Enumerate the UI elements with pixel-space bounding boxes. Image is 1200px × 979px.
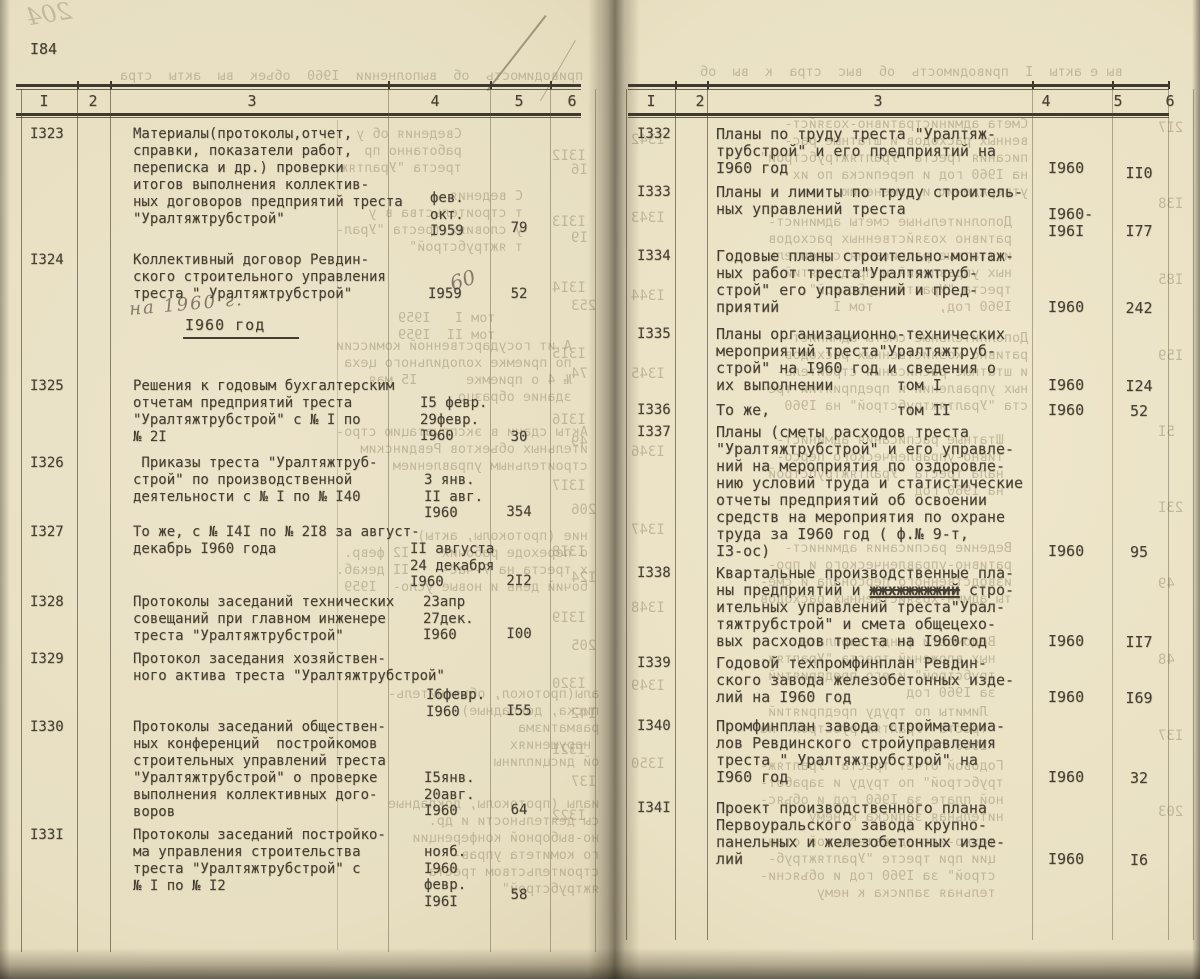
entry-description-line: лов Ревдинского стройуправления — [716, 735, 1005, 752]
entry-description-line: Протоколы заседаний постройко- — [133, 827, 386, 844]
entry-sheet-count: 354 — [490, 504, 548, 520]
entry-description: То же, с № I4I по № 2I8 за август-декабр… — [133, 524, 420, 558]
column-tick — [550, 81, 552, 89]
entry-description-line: ма управления строительства — [133, 844, 386, 861]
entry-id: I332 — [637, 126, 671, 142]
entry-date-line: I960 — [410, 574, 494, 591]
bleedthrough-number: 48 — [1158, 652, 1175, 669]
entry-description: Коллективный договор Ревдин-ского строит… — [133, 252, 386, 303]
entry-description-line: Решения к годовым бухгалтерским — [133, 378, 394, 395]
entry-id: I329 — [30, 651, 64, 667]
bleedthrough-number: 49 — [1158, 576, 1175, 593]
entry-description: То же, том II — [716, 402, 951, 419]
entry-sheet-count: I24 — [1112, 377, 1166, 395]
entry-dates: I5янв.20авг.I960 — [424, 770, 475, 820]
entry-date-line: I960 — [1048, 543, 1084, 560]
table-header-rule — [16, 113, 581, 116]
entry-description: Планы (сметы расходов треста"Уралтяжтруб… — [716, 424, 1023, 560]
entry-dates: I960 — [1048, 689, 1084, 706]
entry-description: Годовые планы строительно-монтаж-ных раб… — [716, 248, 1014, 316]
entry-description: Квартальные производственные пла-ны пред… — [716, 565, 1014, 650]
entry-description-line: справки, показатели работ, — [133, 143, 403, 160]
entry-description-line: трубстрой" и его предприятий на — [716, 143, 996, 160]
bleedthrough-entry-id: I3I7 — [552, 478, 586, 495]
entry-description-line: "Уралтяжтрубстрой" и его управле- — [716, 441, 1023, 458]
entry-date-line: I960 — [420, 428, 487, 445]
entry-id: I333 — [637, 184, 671, 200]
left-bleedthrough-page-number: 204 — [25, 3, 73, 27]
entry-dates: I960 — [1048, 769, 1084, 786]
bleedthrough-number: I37 — [571, 774, 596, 791]
entry-date-line: нояб. — [424, 844, 466, 861]
entry-date-line: I960- — [1048, 206, 1093, 223]
bleedthrough-entry-id: I3I4 — [552, 280, 586, 297]
column-line — [1193, 89, 1194, 940]
entry-sheet-count: 30 — [490, 429, 548, 445]
column-line — [707, 89, 708, 940]
column-line — [1112, 89, 1113, 940]
entry-description: Протоколы заседаний обществен-ных конфер… — [133, 719, 386, 821]
bleedthrough-number: I85 — [1158, 272, 1183, 289]
entry-sheet-count: I55 — [490, 703, 548, 719]
column-tick — [1168, 81, 1170, 89]
entry-date-line: I96I — [1048, 223, 1093, 240]
bleedthrough-number: I6 — [571, 162, 588, 179]
entry-description-line: строй" его управлений и пред- — [716, 282, 1014, 299]
entry-description-line: нию условий труда и статистические — [716, 475, 1023, 492]
entry-description-line: лий на I960 год — [716, 689, 1014, 706]
bleedthrough-entry-id: I3I2 — [552, 148, 586, 165]
entry-description-line: Протокол заседания хозяйствен- — [133, 651, 445, 668]
column-header: 3 — [247, 92, 256, 110]
entry-date-line: I960 — [1048, 402, 1084, 419]
entry-description: Годовой техпромфинплан Ревдин-ского заво… — [716, 655, 1014, 706]
entry-description-line: ных конференций постройкомов — [133, 736, 386, 753]
bleedthrough-number: 49 — [571, 434, 588, 451]
entry-description-line: ного актива треста "Уралтяжтрубстрой" — [133, 668, 445, 685]
entry-description-line: Планы (сметы расходов треста — [716, 424, 1023, 441]
entry-date-line: окт. — [430, 207, 464, 224]
bleedthrough-number: 253 — [571, 298, 596, 315]
bleedthrough-number: I9 — [571, 230, 588, 247]
bleedthrough-number: 23I — [1158, 500, 1183, 517]
entry-description-line: треста "Уралтяжтрубстрой" — [133, 628, 394, 645]
bleedthrough-entry-id: I3I8 — [552, 544, 586, 561]
entry-dates: I960 — [1048, 402, 1084, 419]
entry-description-line: треста " Уралтяжтрубстрой" на — [716, 752, 1005, 769]
entry-description-line: Квартальные производственные пла- — [716, 565, 1014, 582]
entry-date-line: I6февр. — [426, 687, 485, 704]
entry-description-line: Планы по труду треста "Уралтяж- — [716, 126, 996, 143]
entry-description-line: строительных управлений треста — [133, 753, 386, 770]
entry-description-line: Приказы треста "Уралтяжтруб- — [133, 455, 377, 472]
entry-dates: I960 — [1048, 377, 1084, 394]
entry-description: Протоколы заседаний техническихсовещаний… — [133, 594, 394, 645]
column-header: 2 — [695, 92, 704, 110]
bleedthrough-paragraph: вы е акты I приводимость об выс стра к в… — [700, 64, 1123, 81]
entry-description-line: декабрь I960 года — [133, 541, 420, 558]
column-line — [595, 89, 596, 952]
entry-description-line: То же, том II — [716, 402, 951, 419]
entry-description-line: "Уралтяжтрубстрой" — [133, 211, 403, 228]
column-tick — [707, 81, 709, 89]
column-header: 3 — [873, 92, 882, 110]
entry-description-line: "Уралтяжтрубстрой" о проверке — [133, 770, 386, 787]
bleedthrough-number: I37 — [1158, 728, 1183, 745]
entry-description-line: совещаний при главном инженере — [133, 611, 394, 628]
entry-description-line: Протоколы заседаний обществен- — [133, 719, 386, 736]
entry-description-line: итогов выполнения коллектив- — [133, 177, 403, 194]
entry-description-line: переписка и др.) проверки — [133, 160, 403, 177]
entry-description-line: треста " Уралтяжтрубстрой" — [133, 286, 386, 303]
column-header: 5 — [1113, 92, 1122, 110]
entry-date-line: I960 — [1048, 299, 1084, 316]
bleedthrough-entry-id: I349 — [631, 678, 665, 695]
entry-id: I330 — [30, 719, 64, 735]
entry-dates: 3 янв.II авг.I960 — [424, 472, 483, 522]
entry-description-line: их выполнении том I — [716, 377, 1005, 394]
table-header-rule — [16, 117, 581, 118]
entry-description: Планы и лимиты по труду строитель-ных уп… — [716, 184, 1023, 218]
entry-dates: II августа24 декабряI960 — [410, 541, 494, 591]
bleedthrough-line: ративно хозяйственных расходов — [760, 231, 1012, 248]
entry-sheet-count: II0 — [1112, 164, 1166, 182]
entry-date-line: I959 — [430, 223, 464, 240]
bleedthrough-line: вы е акты приводимость об выполнении I96… — [120, 68, 673, 85]
entry-description-line: тяжтрубстрой" и смета общецехо- — [716, 616, 1014, 633]
entry-description-line: отчетам предприятий треста — [133, 395, 394, 412]
entry-description-line: отчеты предприятий об освоении — [716, 492, 1023, 509]
entry-sheet-count: 95 — [1112, 543, 1166, 561]
entry-description-line: ны предприятий и жжхжжжжжий стро- — [716, 582, 1014, 599]
bleedthrough-line: том II I959 — [398, 327, 496, 344]
entry-date-line: I960 — [1048, 160, 1084, 177]
entry-description: Планы по труду треста "Уралтяж-трубстрой… — [716, 126, 996, 177]
column-line — [77, 89, 78, 952]
bleedthrough-line: строй" за I960 год и объясни- — [760, 868, 996, 885]
column-line — [21, 89, 22, 952]
column-header: 5 — [514, 92, 523, 110]
entry-sheet-count: 58 — [490, 887, 548, 903]
entry-description-line: лий — [716, 851, 1005, 868]
bleedthrough-line: тельная записка к нему — [760, 885, 996, 902]
column-header: 6 — [567, 92, 576, 110]
table-header-rule — [628, 113, 1169, 116]
column-tick — [675, 81, 677, 89]
entry-description-line: средств на мероприятия по охране — [716, 509, 1023, 526]
entry-description-line: № 2I — [133, 429, 394, 446]
entry-description-line: I3-ос) — [716, 543, 1023, 560]
entry-id: I323 — [30, 126, 64, 142]
entry-dates: 23апр27дек.I960 — [423, 594, 474, 644]
entry-sheet-count: 242 — [1112, 299, 1166, 317]
entry-description: Планы организационно-техническихмероприя… — [716, 326, 1005, 394]
entry-description-line: Промфинплан завода стройматериа- — [716, 718, 1005, 735]
entry-id: I325 — [30, 378, 64, 394]
entry-id: I335 — [637, 326, 671, 342]
entry-id: I34I — [637, 800, 671, 816]
entry-sheet-count: I77 — [1112, 222, 1166, 240]
entry-sheet-count: I6 — [1112, 851, 1166, 869]
entry-sheet-count: II7 — [1112, 633, 1166, 651]
bleedthrough-number: 206 — [571, 502, 596, 519]
column-header: I — [646, 92, 655, 110]
entry-description-line: ных договоров предприятий треста — [133, 194, 403, 211]
entry-date-line: I960 — [426, 704, 485, 721]
bleedthrough-entry-id: I343 — [631, 210, 665, 227]
bleedthrough-number: I59 — [1158, 348, 1183, 365]
entry-description: Приказы треста "Уралтяжтруб-строй" по пр… — [133, 455, 377, 506]
right-page: 205 I85 I86 I342I343I344I345I346I347I348… — [600, 0, 1200, 979]
entry-description-line: "Уралтяжтрубстрой" с № I по — [133, 412, 394, 429]
column-line — [626, 89, 627, 940]
bleedthrough-paragraph: вы е акты приводимость об выполнении I96… — [120, 68, 673, 85]
entry-date-line: I5янв. — [424, 770, 475, 787]
entry-dates: I960 — [1048, 633, 1084, 650]
entry-description-line: строй" по производственной — [133, 472, 377, 489]
entry-description-line: Коллективный договор Ревдин- — [133, 252, 386, 269]
entry-sheet-count: I69 — [1112, 689, 1166, 707]
entry-description-line: I960 год — [716, 769, 1005, 786]
entry-description: Протокол заседания хозяйствен-ного актив… — [133, 651, 445, 685]
entry-description: Решения к годовым бухгалтерскимотчетам п… — [133, 378, 394, 446]
entry-date-line: I960 — [1048, 851, 1084, 868]
entry-date-line: I5 февр. — [420, 395, 487, 412]
bleedthrough-entry-id: I350 — [631, 756, 665, 773]
column-line — [675, 89, 676, 940]
entry-date-line: I959 — [428, 286, 462, 303]
entry-description: Материалы(протоколы,отчет,справки, показ… — [133, 126, 403, 228]
entry-description-line: Планы организационно-технических — [716, 326, 1005, 343]
column-header: 4 — [430, 92, 439, 110]
bleedthrough-entry-id: I347 — [631, 522, 665, 539]
entry-description: Протоколы заседаний постройко-ма управле… — [133, 827, 386, 895]
entry-dates: I960 — [1048, 543, 1084, 560]
bleedthrough-entry-id: I348 — [631, 600, 665, 617]
column-tick — [490, 81, 492, 89]
bleedthrough-line: том I I959 — [398, 310, 496, 327]
entry-description-line: мероприятий треста"Уралтяжтруб- — [716, 343, 1005, 360]
entry-description-line: труда за I960 год ( ф.№ 9-т, — [716, 526, 1023, 543]
column-header: 2 — [88, 92, 97, 110]
entry-date-line: I960 — [424, 505, 483, 522]
entry-date-line: I96I — [424, 894, 466, 911]
column-header: 4 — [1041, 92, 1050, 110]
entry-date-line: февр. — [424, 877, 466, 894]
entry-date-line: I960 — [424, 861, 466, 878]
bleedthrough-number: I42 — [571, 706, 596, 723]
entry-sheet-count: 79 — [490, 220, 548, 236]
left-page-number: I84 — [30, 40, 57, 58]
bleedthrough-entry-id: I320 — [552, 676, 586, 693]
bleedthrough-line: вы е акты I приводимость об выс стра к в… — [700, 64, 1123, 81]
bleedthrough-entry-id: I322 — [552, 808, 586, 825]
entry-sheet-count: 52 — [1112, 402, 1166, 420]
column-line — [1168, 89, 1169, 940]
entry-date-line: I960 — [1048, 633, 1084, 650]
bleedthrough-line: А ит государственной комиссии — [336, 338, 572, 355]
entry-description-line: Планы и лимиты по труду строитель- — [716, 184, 1023, 201]
entry-date-line: I960 — [1048, 377, 1084, 394]
typed-strikeout-word: жжхжжжжжий — [870, 581, 960, 599]
entry-date-line: 20авг. — [424, 787, 475, 804]
entry-description-line: треста "Уралтяжтрубстрой" с — [133, 861, 386, 878]
column-line — [490, 89, 491, 952]
entry-description-line: ительных управлений треста"Урал- — [716, 599, 1014, 616]
column-header: I — [39, 92, 48, 110]
entry-sheet-count: 2I2 — [490, 573, 548, 589]
entry-id: I334 — [637, 248, 671, 264]
bleedthrough-number: 5I — [1158, 424, 1175, 441]
bleedthrough-entry-id: I3I3 — [552, 214, 586, 231]
column-tick — [77, 81, 79, 89]
entry-description-line: ского завода железобетонных изде- — [716, 672, 1014, 689]
entry-id: I338 — [637, 565, 671, 581]
entry-description-line: вых расходов треста на I960год — [716, 633, 1014, 650]
entry-date-line: 27дек. — [423, 611, 474, 628]
entry-description-line: То же, с № I4I по № 2I8 за август- — [133, 524, 420, 541]
entry-description-line: ных управлений треста — [716, 201, 1023, 218]
entry-sheet-count: I00 — [490, 626, 548, 642]
entry-description-line: приятий — [716, 299, 1014, 316]
entry-id: I339 — [637, 655, 671, 671]
entry-dates: нояб.I960февр.I96I — [424, 844, 466, 910]
bleedthrough-number: 2I7 — [1158, 120, 1183, 137]
entry-id: I327 — [30, 524, 64, 540]
bleedthrough-entry-id: I32I — [552, 742, 586, 759]
entry-dates: I960 — [1048, 851, 1084, 868]
entry-date-line: I960 — [423, 627, 474, 644]
column-line — [550, 89, 551, 952]
bleedthrough-entry-id: I3I5 — [552, 346, 586, 363]
entry-id: I326 — [30, 455, 64, 471]
section-heading-1960: I960 год — [183, 316, 299, 339]
column-line — [1032, 89, 1033, 940]
entry-description-line: Годовой техпромфинплан Ревдин- — [716, 655, 1014, 672]
entry-id: I337 — [637, 424, 671, 440]
entry-description-line: Протоколы заседаний технических — [133, 594, 394, 611]
bleedthrough-entry-id: I345 — [631, 366, 665, 383]
bleedthrough-paragraph: том I I959том II I959 — [398, 310, 496, 344]
entry-date-line: 29февр. — [420, 412, 487, 429]
entry-date-line: I960 — [1048, 689, 1084, 706]
column-header: 6 — [1165, 92, 1174, 110]
entry-sheet-count: 32 — [1112, 769, 1166, 787]
entry-id: I33I — [30, 827, 64, 843]
column-tick — [388, 81, 390, 89]
entry-date-line: I960 — [424, 803, 475, 820]
table-header-rule — [628, 89, 1169, 90]
entry-description-line: Материалы(протоколы,отчет, — [133, 126, 403, 143]
entry-description: Проект производственного планаПервоураль… — [716, 800, 1005, 868]
entry-dates: I5 февр.29февр.I960 — [420, 395, 487, 445]
entry-description-line: I960 год — [716, 160, 996, 177]
entry-description-line: воров — [133, 804, 386, 821]
entry-date-line: 3 янв. — [424, 472, 483, 489]
entry-description-line: Первоуральского завода крупно- — [716, 817, 1005, 834]
entry-date-line: I960 — [1048, 769, 1084, 786]
entry-description-line: строй" на I960 год и сведения о — [716, 360, 1005, 377]
entry-description-line: ных работ треста"Уралтяжтруб- — [716, 265, 1014, 282]
bleedthrough-entry-id: I3I9 — [552, 610, 586, 627]
entry-dates: I959 — [428, 286, 462, 303]
column-line — [110, 89, 111, 952]
entry-sheet-count: 64 — [490, 802, 548, 818]
entry-dates: I6февр.I960 — [426, 687, 485, 720]
entry-description: Промфинплан завода стройматериа-лов Ревд… — [716, 718, 1005, 786]
entry-dates: I960 — [1048, 160, 1084, 177]
column-tick — [110, 81, 112, 89]
entry-id: I324 — [30, 252, 64, 268]
entry-description-line: ний на мероприятия по оздоровле- — [716, 458, 1023, 475]
table-header-rule — [16, 89, 581, 90]
entry-date-line: II августа — [410, 541, 494, 558]
table-header-rule — [628, 117, 1169, 118]
document-scan: 204 I84 I960 год на 1960 г. 60 I3I2I3I3I… — [0, 0, 1200, 979]
entry-sheet-count: 52 — [490, 286, 548, 302]
bleedthrough-number: 205 — [571, 638, 596, 655]
entry-date-line: фев. — [430, 190, 464, 207]
entry-description-line: Проект производственного плана — [716, 800, 1005, 817]
entry-dates: I960 — [1048, 299, 1084, 316]
entry-description-line: деятельности с № I по № I40 — [133, 489, 377, 506]
entry-dates: I960-I96I — [1048, 206, 1093, 239]
entry-description-line: Годовые планы строительно-монтаж- — [716, 248, 1014, 265]
column-tick — [1032, 81, 1034, 89]
entry-description-line: ского строительного управления — [133, 269, 386, 286]
entry-date-line: II авг. — [424, 489, 483, 506]
entry-id: I328 — [30, 594, 64, 610]
table-header-rule — [16, 84, 581, 87]
entry-description-line: панельных и железобетонных изде- — [716, 834, 1005, 851]
entry-description-line: выполнения коллективных дого- — [133, 787, 386, 804]
entry-id: I340 — [637, 718, 671, 734]
bleedthrough-number: I38 — [1158, 196, 1183, 213]
entry-dates: фев.окт.I959 — [430, 190, 464, 240]
column-tick — [1112, 81, 1114, 89]
bleedthrough-number: I24 — [571, 570, 596, 587]
bleedthrough-line: по приемке холодильного цеха — [336, 355, 572, 372]
left-page: 204 I84 I960 год на 1960 г. 60 I3I2I3I3I… — [0, 0, 600, 979]
bleedthrough-entry-id: I346 — [631, 444, 665, 461]
paper-scratch — [487, 15, 547, 91]
entry-date-line: 23апр — [423, 594, 474, 611]
entry-id: I336 — [637, 402, 671, 418]
entry-description-line: № I по № I2 — [133, 878, 386, 895]
bleedthrough-entry-id: I3I6 — [552, 412, 586, 429]
table-header-rule — [628, 84, 1169, 87]
bleedthrough-entry-id: I344 — [631, 288, 665, 305]
entry-date-line: 24 декабря — [410, 558, 494, 575]
bleedthrough-number: 74 — [571, 366, 588, 383]
bleedthrough-number: 203 — [1158, 804, 1183, 821]
